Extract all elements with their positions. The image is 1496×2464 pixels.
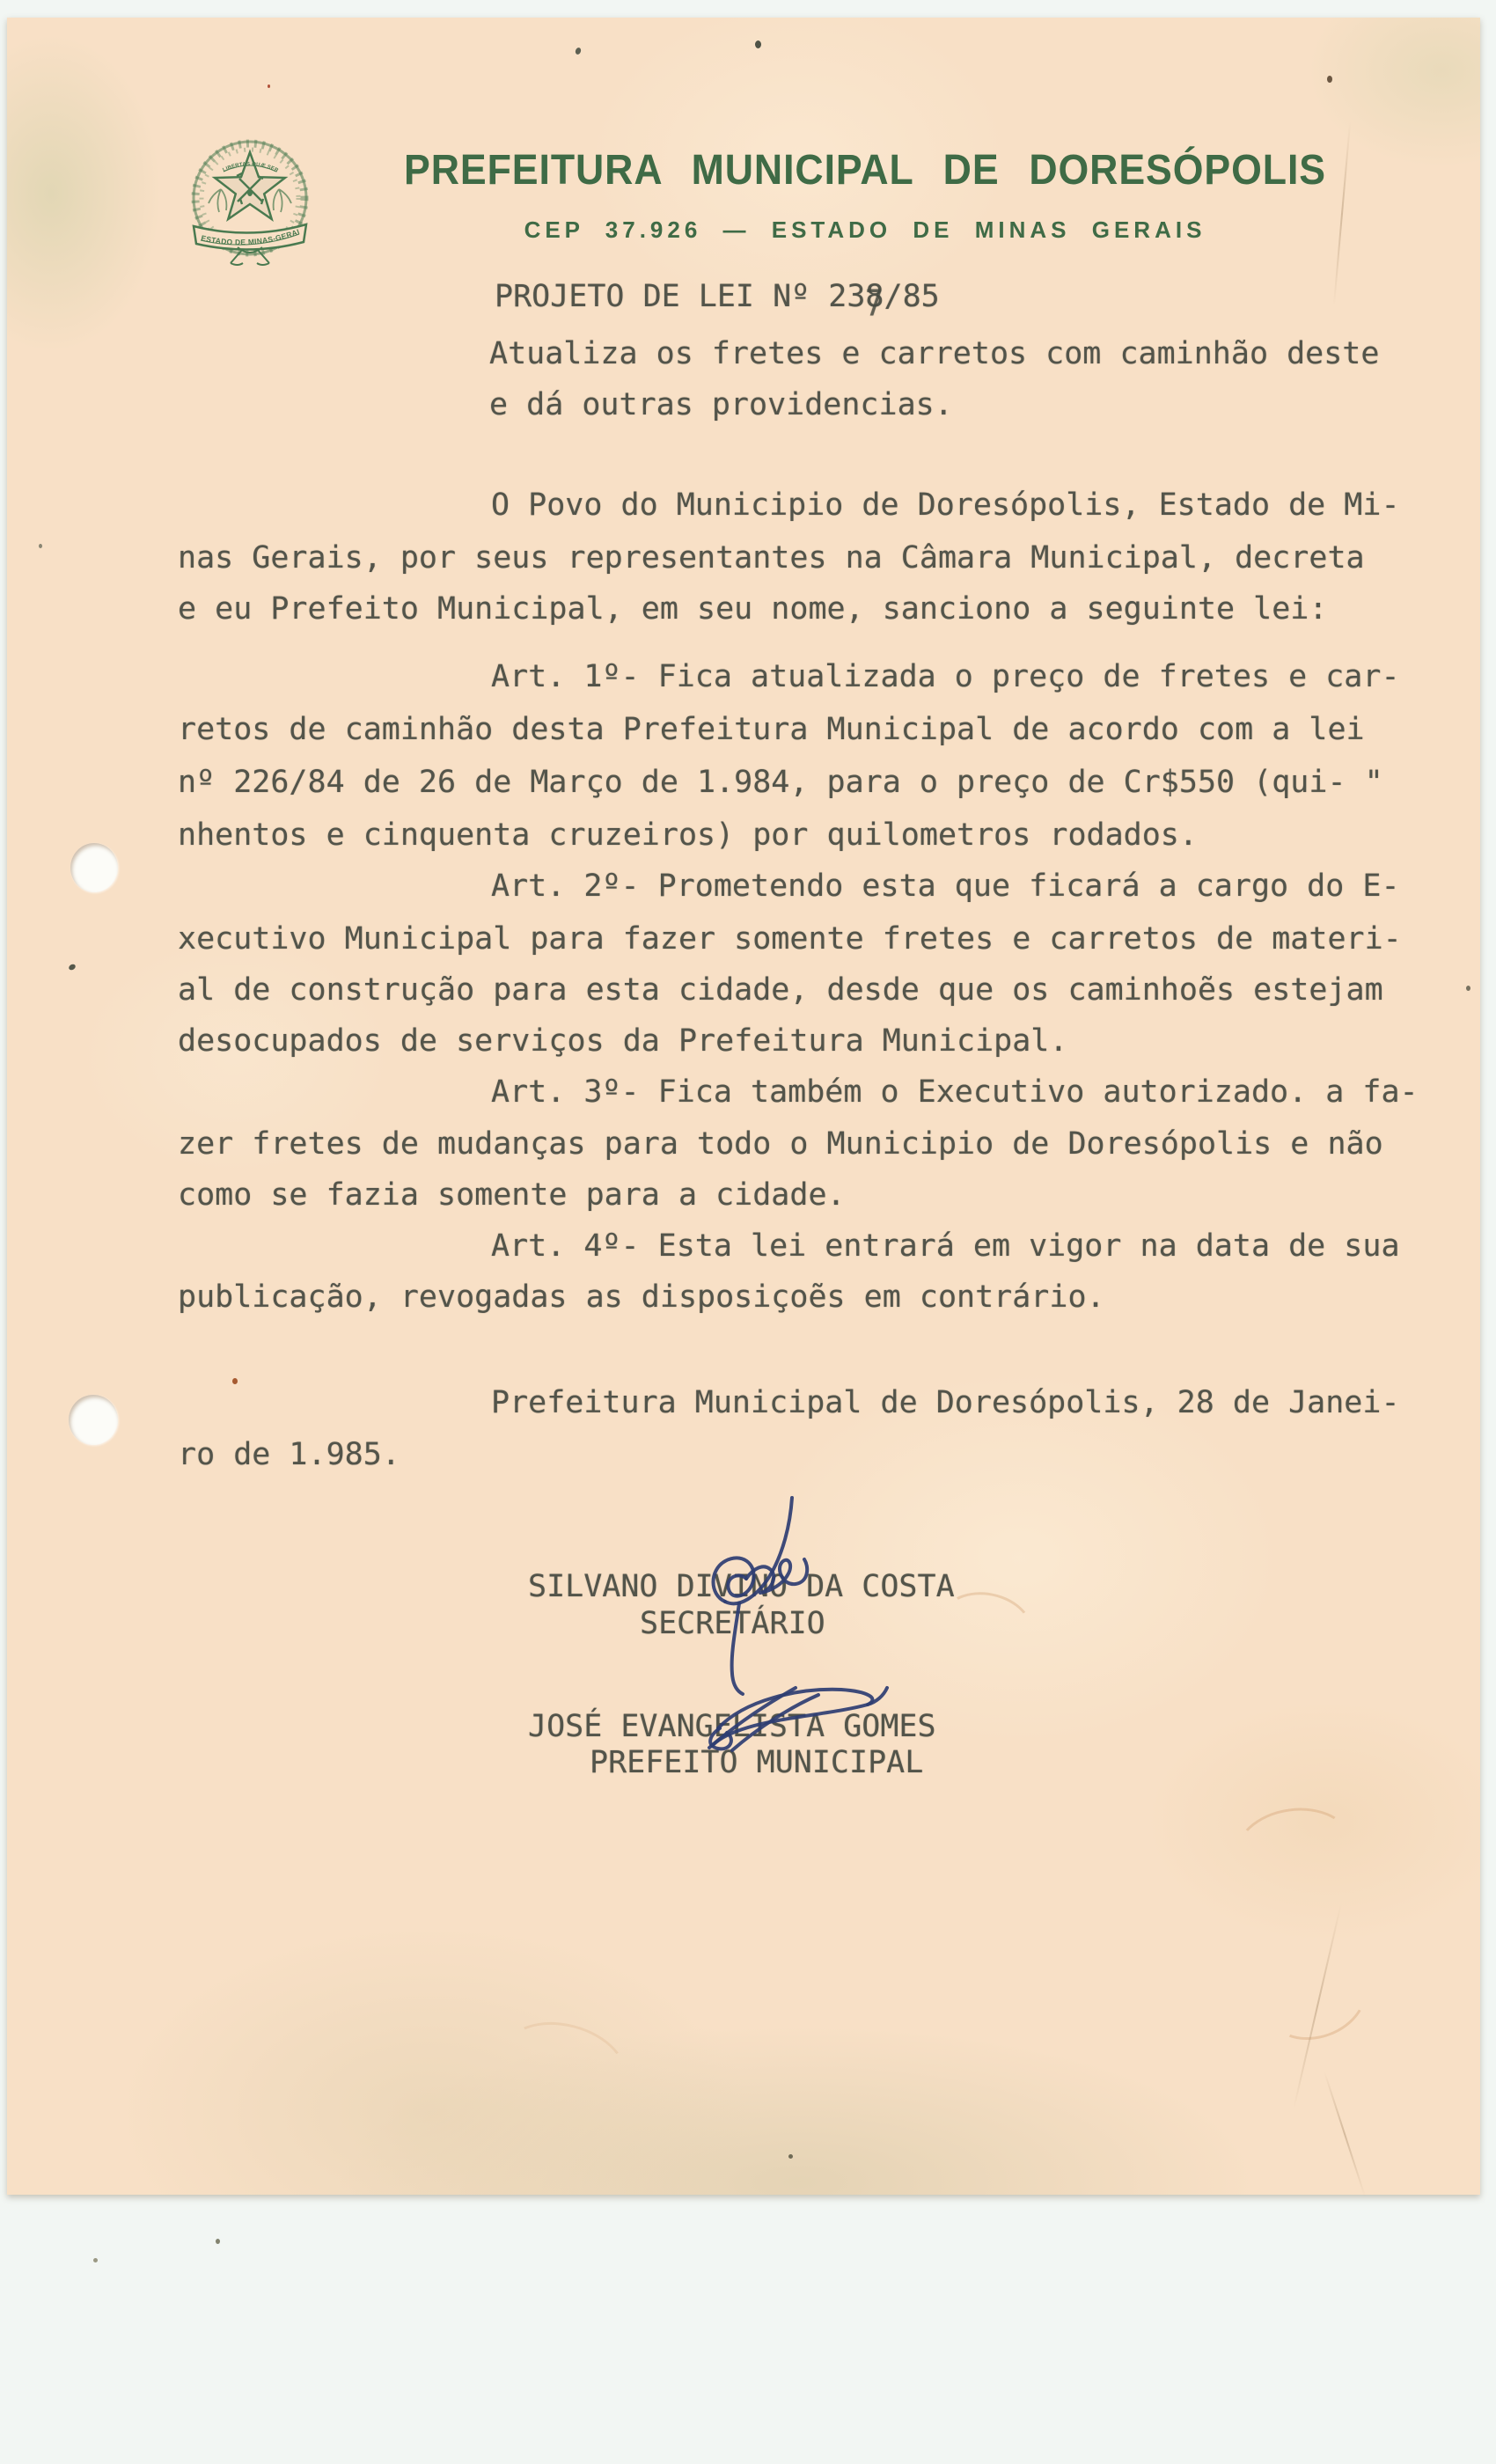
art4-line-2: publicação, revogadas as disposiçoẽs em … — [178, 1280, 1105, 1314]
paper-speck — [1327, 76, 1332, 83]
art1-line-3: nº 226/84 de 26 de Março de 1.984, para … — [178, 766, 1383, 799]
scanner-speck — [216, 2239, 220, 2244]
paper-speck — [39, 544, 42, 548]
ementa-line-2: e dá outras providencias. — [489, 388, 953, 422]
paper-speck — [1466, 986, 1470, 991]
paper-speck — [268, 84, 270, 88]
paper-speck — [755, 40, 761, 48]
preamble-line-1: O Povo do Municipio de Doresópolis, Esta… — [491, 488, 1400, 522]
paper-speck — [68, 963, 77, 971]
dateline-line-1: Prefeitura Municipal de Doresópolis, 28 … — [491, 1386, 1400, 1419]
coat-of-arms-minas-gerais-icon: LIBERTAS QUÆ SERA TAMEN ESTADO DE MINAS-… — [180, 134, 320, 273]
lei-number-overstrike: 7 — [865, 284, 884, 324]
paper-sheet: LIBERTAS QUÆ SERA TAMEN ESTADO DE MINAS-… — [7, 18, 1480, 2195]
paper-stain — [1256, 1947, 1377, 2053]
art2-line-4: desocupados de serviços da Prefeitura Mu… — [178, 1024, 1067, 1058]
ementa-line-1: Atualiza os fretes e carretos com caminh… — [489, 337, 1379, 370]
paper-stain — [491, 2009, 637, 2124]
signature-jose-handwritten — [693, 1663, 905, 1760]
paper-stain — [1229, 1800, 1360, 1901]
dateline-line-2: ro de 1.985. — [178, 1438, 400, 1471]
paper-crease — [1324, 2071, 1366, 2196]
punch-hole — [69, 1395, 118, 1445]
punch-hole — [70, 843, 118, 892]
art1-line-4: nhentos e cinquenta cruzeiros) por quilo… — [178, 818, 1198, 852]
art2-line-2: xecutivo Municipal para fazer somente fr… — [178, 922, 1402, 956]
art3-line-2: zer fretes de mudanças para todo o Munic… — [178, 1127, 1383, 1161]
preamble-line-2: nas Gerais, por seus representantes na C… — [178, 541, 1365, 575]
art1-line-1: Art. 1º- Fica atualizada o preço de fret… — [491, 660, 1400, 693]
art2-line-3: al de construção para esta cidade, desde… — [178, 973, 1383, 1007]
letterhead-subtitle: CEP 37.926 — ESTADO DE MINAS GERAIS — [341, 216, 1389, 244]
art3-line-1: Art. 3º- Fica também o Executivo autoriz… — [491, 1075, 1419, 1109]
scanned-document-page: { "document": { "letterhead": { "title":… — [0, 0, 1496, 2464]
paper-speck — [788, 2154, 793, 2159]
paper-speck — [232, 1378, 238, 1384]
preamble-line-3: e eu Prefeito Municipal, em seu nome, sa… — [178, 592, 1327, 626]
scanner-speck — [93, 2258, 98, 2262]
paper-speck — [575, 47, 582, 55]
art2-line-1: Art. 2º- Prometendo esta que ficará a ca… — [491, 869, 1400, 903]
art3-line-3: como se fazia somente para a cidade. — [178, 1178, 846, 1212]
art1-line-2: retos de caminhão desta Prefeitura Munic… — [178, 713, 1365, 746]
art4-line-1: Art. 4º- Esta lei entrará em vigor na da… — [491, 1229, 1400, 1263]
letterhead-title: PREFEITURA MUNICIPAL DE DORESÓPOLIS — [378, 146, 1353, 194]
